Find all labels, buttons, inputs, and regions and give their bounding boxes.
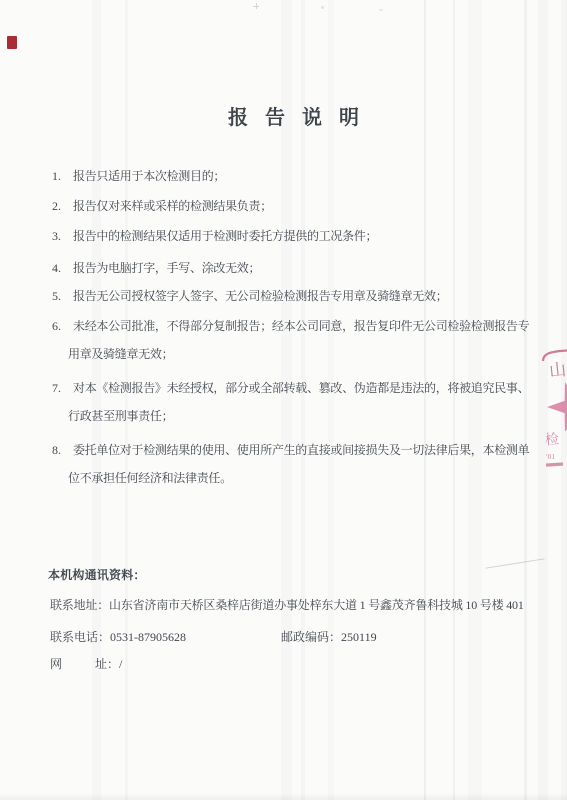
postcode-value: 250119 — [341, 630, 377, 644]
report-notes-list: 1.报告只适用于本次检测目的；2.报告仅对来样或采样的检测结果负责；3.报告中的… — [0, 0, 567, 800]
phone-value: 0531-87905628 — [110, 630, 186, 644]
postcode-label: 邮政编码： — [281, 630, 341, 644]
scanned-report-page: 报告说明 1.报告只适用于本次检测目的；2.报告仅对来样或采样的检测结果负责；3… — [0, 0, 567, 800]
item-line: 委托单位对于检测结果的使用、使用所产生的直接或间接损失及一切法律后果，本检测单 — [73, 436, 530, 464]
list-item: 7.对本《检测报告》未经授权，部分或全部转载、篡改、伪造都是违法的，将被追究民事… — [50, 374, 530, 430]
item-number: 5. — [52, 282, 61, 310]
website-value: / — [119, 657, 122, 671]
item-number: 6. — [52, 312, 61, 340]
item-number: 7. — [52, 374, 61, 402]
contact-heading: 本机构通讯资料： — [48, 568, 146, 582]
item-line: 报告只适用于本次检测目的； — [73, 162, 530, 190]
address-label: 联系地址： — [50, 598, 109, 612]
seal-char-jian: 检 — [544, 431, 559, 449]
item-line: 用章及骑缝章无效； — [68, 340, 530, 368]
item-line: 行政甚至刑事责任； — [68, 402, 530, 430]
item-number: 4. — [52, 254, 61, 282]
website-label: 网 — [50, 657, 62, 671]
item-line: 对本《检测报告》未经授权，部分或全部转载、篡改、伪造都是违法的，将被追究民事、 — [73, 374, 530, 402]
list-item: 4.报告为电脑打字，手写、涂改无效； — [50, 254, 530, 282]
postcode-row: 邮政编码：250119 — [281, 630, 377, 644]
red-seal-fragment: 山 检 ′01 — [541, 347, 567, 471]
item-line: 报告为电脑打字，手写、涂改无效； — [73, 254, 530, 282]
address-row: 联系地址：山东省济南市天桥区桑梓店街道办事处梓东大道 1 号鑫茂齐鲁科技城 10… — [50, 598, 524, 612]
list-item: 8.委托单位对于检测结果的使用、使用所产生的直接或间接损失及一切法律后果，本检测… — [50, 436, 530, 492]
item-number: 8. — [52, 436, 61, 464]
website-row: 网址：/ — [50, 657, 122, 671]
seal-star-icon — [547, 382, 567, 431]
seal-char-shan: 山 — [548, 360, 567, 381]
item-line: 报告仅对来样或采样的检测结果负责； — [73, 192, 530, 220]
item-line: 未经本公司批准，不得部分复制报告；经本公司同意，报告复印件无公司检验检测报告专 — [73, 312, 530, 340]
phone-label: 联系电话： — [50, 630, 110, 644]
seal-serial-text: ′01 — [546, 452, 555, 461]
phone-row: 联系电话：0531-87905628 — [50, 630, 186, 644]
list-item: 5.报告无公司授权签字人签字、无公司检验检测报告专用章及骑缝章无效； — [50, 282, 530, 310]
item-number: 3. — [52, 222, 61, 250]
website-label-gap — [62, 657, 95, 671]
item-line: 报告无公司授权签字人签字、无公司检验检测报告专用章及骑缝章无效； — [73, 282, 530, 310]
website-label: 址： — [95, 657, 119, 671]
list-item: 3.报告中的检测结果仅适用于检测时委托方提供的工况条件； — [50, 222, 530, 250]
item-number: 1. — [52, 162, 61, 190]
item-line: 报告中的检测结果仅适用于检测时委托方提供的工况条件； — [73, 222, 530, 250]
list-item: 2.报告仅对来样或采样的检测结果负责； — [50, 192, 530, 220]
list-item: 1.报告只适用于本次检测目的； — [50, 162, 530, 190]
item-number: 2. — [52, 192, 61, 220]
address-value: 山东省济南市天桥区桑梓店街道办事处梓东大道 1 号鑫茂齐鲁科技城 10 号楼 4… — [109, 598, 524, 612]
seal-bar — [546, 462, 563, 466]
item-line: 位不承担任何经济和法律责任。 — [68, 464, 530, 492]
list-item: 6.未经本公司批准，不得部分复制报告；经本公司同意，报告复印件无公司检验检测报告… — [50, 312, 530, 368]
